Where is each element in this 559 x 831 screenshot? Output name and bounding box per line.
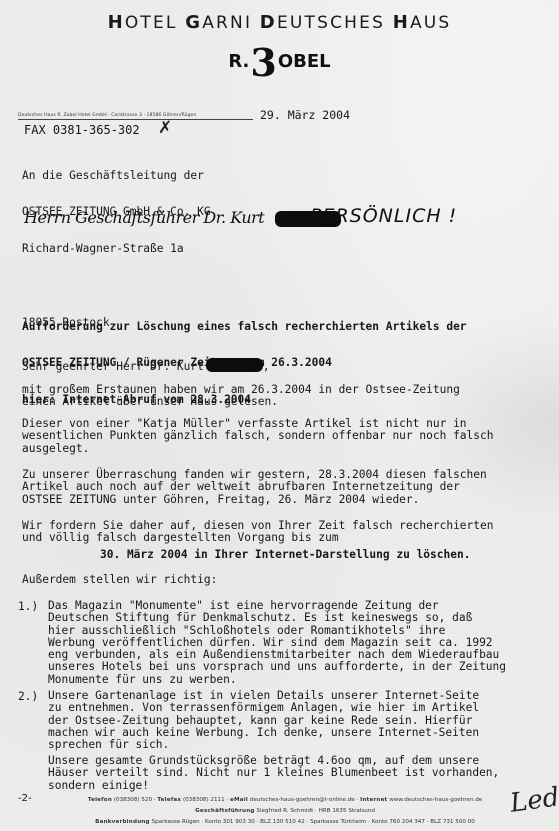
title-cap: H [393,12,410,33]
footer-contact: Telefon (038308) 520 · Telefax (038308) … [25,797,545,803]
list-item-2-continued: Unsere gesamte Grundstücksgröße beträgt … [48,755,499,792]
letterhead-logo: R.3OBEL [0,40,559,85]
paragraph-2: Dieser von einer "Katja Müller" verfasst… [22,418,493,455]
title-part: EUTSCHES [277,13,393,33]
subject-line: Aufforderung zur Löschung eines falsch r… [22,321,467,333]
address-spacer [22,280,211,292]
handwritten-note: PERSÖNLICH ! [310,205,457,227]
footer-management: Geschäftsführung Siegfried R. Schmidt · … [25,808,545,814]
list-number: 2.) [18,690,38,703]
logo-prefix: R. [228,51,249,72]
footer-label: Internet [360,797,387,803]
letterhead-title: HOTEL GARNI DEUTSCHES HAUS [0,12,559,33]
management-text: Siegfried R. Schmidt · HRB 1635 Stralsun… [256,808,375,814]
sender-line: Deutsches Haus R. Zobel Hotel GmbH · Car… [18,113,253,120]
paragraph-5: Außerdem stellen wir richtig: [22,574,217,586]
title-part: AUS [410,13,451,33]
email-address: deutsches-haus-goehren@t-online.de [250,797,355,803]
list-item-2: Unsere Gartenanlage ist in vielen Detail… [48,690,479,751]
paragraph-1: mit großem Erstaunen haben wir am 26.3.2… [22,384,460,409]
phone-number: (038308) 520 [114,797,152,803]
salutation-text: Sehr geehrter Herr Dr. Kurt [22,360,204,373]
title-part: ARNI [202,13,260,33]
title-cap: G [185,12,202,33]
logo-initial: 3 [250,40,276,85]
list-number: 1.) [18,600,38,613]
address-line: Richard-Wagner-Straße 1a [22,243,211,255]
list-item-1: Das Magazin "Monumente" ist eine hervorr… [48,600,506,686]
paragraph-4: Wir fordern Sie daher auf, diesen von Ih… [22,520,493,545]
address-line: An die Geschäftsleitung der [22,170,211,182]
signature: Ledl [508,781,559,819]
addressee-text: Herrn Geschäftsführer Dr. Kurt [24,208,264,227]
footer-label: eMail [230,797,248,803]
footer-label: Geschäftsführung [195,808,255,814]
handwritten-addressee: Herrn Geschäftsführer Dr. Kurt [24,208,341,227]
title-cap: H [108,12,125,33]
logo-suffix: OBEL [278,51,331,72]
footer-bank: Bankverbindung Sparkasse Rügen · Konto 3… [25,819,545,825]
paragraph-3: Zu unserer Überraschung fanden wir geste… [22,469,487,506]
letter-page: HOTEL GARNI DEUTSCHES HAUS R.3OBEL Deuts… [0,0,559,831]
redaction-bar [206,358,263,372]
fax-footer: (038308) 2111 [183,797,225,803]
letter-date: 29. März 2004 [260,108,350,122]
salutation: Sehr geehrter Herr Dr. Kurt, [22,358,270,373]
website: www.deutsches-haus-goehren.de [389,797,482,803]
checkmark-icon: ✗ [158,118,172,138]
title-part: OTEL [125,13,185,33]
footer-label: Bankverbindung [95,819,150,825]
bank-text: Sparkasse Rügen · Konto 301 903 30 · BLZ… [152,819,475,825]
footer-label: Telefax [157,797,181,803]
footer-label: Telefon [88,797,112,803]
salutation-comma: , [263,360,270,373]
title-cap: D [260,12,277,33]
deadline-line: 30. März 2004 in Ihrer Internet-Darstell… [100,549,470,561]
fax-number: FAX 0381-365-302 [24,123,140,137]
